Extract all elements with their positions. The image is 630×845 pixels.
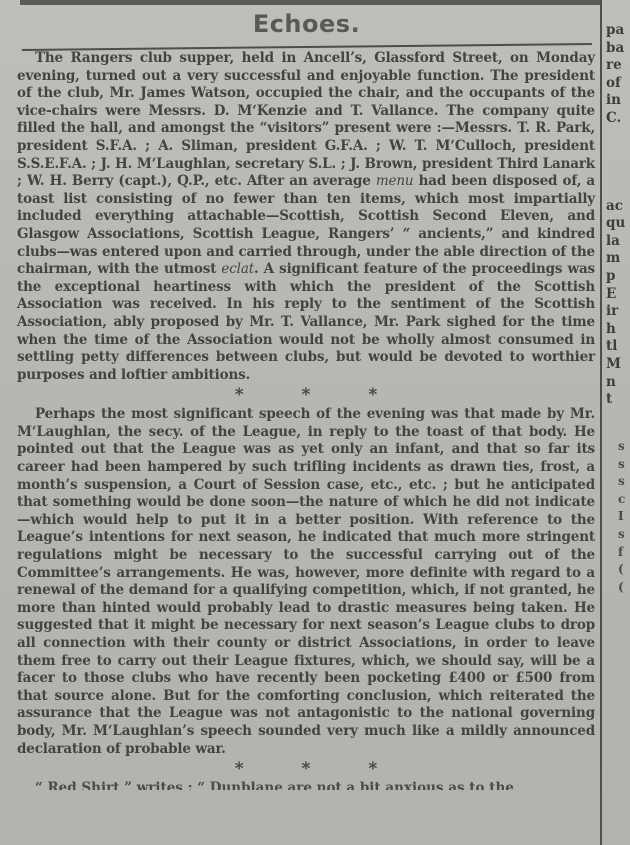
italic-word-menu: menu <box>376 173 414 189</box>
fragment: s <box>618 473 630 491</box>
fragment: in <box>606 92 630 110</box>
italic-word-eclat: eclat <box>221 261 254 277</box>
fragment: tl <box>606 338 630 356</box>
fragment: s <box>618 438 630 456</box>
fragment: C. <box>606 110 630 128</box>
paragraph-text: The Rangers club supper, held in Ancell’… <box>17 50 595 189</box>
fragment: s <box>618 526 630 544</box>
fragment: m <box>606 250 630 268</box>
fragment: ac <box>606 198 630 216</box>
adjacent-column-lower: s s s c I s f ( ( <box>618 438 630 596</box>
fragment: la <box>606 233 630 251</box>
asterism-separator: * * * <box>17 384 595 406</box>
section-headline: Echoes. <box>14 10 599 38</box>
fragment: qu <box>606 215 630 233</box>
fragment: ( <box>618 579 630 597</box>
fragment: I <box>618 508 630 526</box>
fragment: p <box>606 268 630 286</box>
fragment: of <box>606 75 630 93</box>
asterism-separator: * * * <box>17 758 595 780</box>
newspaper-page: Echoes. The Rangers club supper, held in… <box>0 0 630 845</box>
paragraph-mlaughlan-speech: Perhaps the most significant speech of t… <box>17 406 595 758</box>
fragment: s <box>618 456 630 474</box>
adjacent-column-top: pa ba re of in C. ac qu la m p E ir h tl… <box>606 22 630 409</box>
column-divider <box>600 0 602 845</box>
paragraph-text: . A significant feature of the proceedin… <box>17 261 595 383</box>
fragment: pa <box>606 22 630 40</box>
fragment: c <box>618 491 630 509</box>
fragment: ( <box>618 561 630 579</box>
fragment: h <box>606 321 630 339</box>
fragment: t <box>606 391 630 409</box>
article-body: The Rangers club supper, held in Ancell’… <box>17 50 595 790</box>
top-rule <box>20 0 600 5</box>
fragment: E <box>606 286 630 304</box>
fragment: ba <box>606 40 630 58</box>
fragment: ir <box>606 303 630 321</box>
paragraph-red-shirt-cut: “ Red Shirt ” writes : “ Dunblane are no… <box>17 780 595 790</box>
fragment: n <box>606 374 630 392</box>
paragraph-rangers-supper: The Rangers club supper, held in Ancell’… <box>17 50 595 384</box>
fragment: re <box>606 57 630 75</box>
fragment: M <box>606 356 630 374</box>
fragment: f <box>618 544 630 562</box>
